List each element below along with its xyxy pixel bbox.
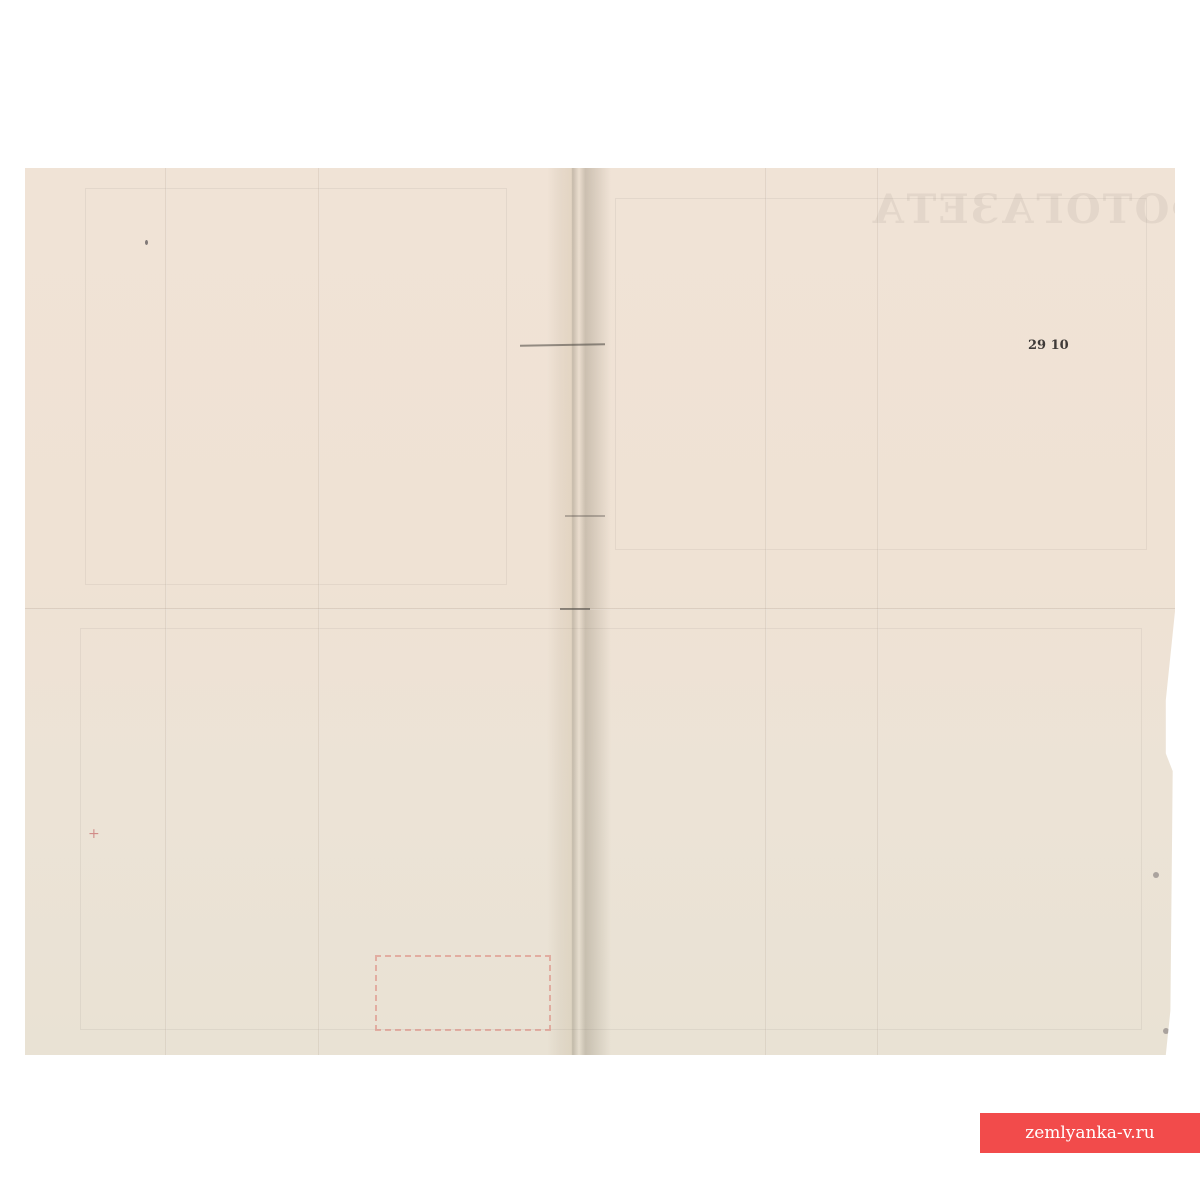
ghost-print-frame-left [85,188,507,585]
watermark-label: zemlyanka-v.ru [980,1113,1200,1153]
ghost-print-frame-right [615,198,1147,550]
handwritten-number: 29 10 [1028,338,1069,353]
vertical-fold-2 [318,168,320,1055]
vertical-fold-1 [165,168,167,1055]
ghost-print-frame-bottom [80,628,1142,1030]
horizontal-fold [25,608,1175,610]
red-stamp-frame [375,955,551,1031]
folded-newspaper-sheet: ФОТОГАЗЕТА [25,168,1175,1055]
ink-speck [145,240,148,245]
vertical-fold-4 [877,168,879,1055]
ink-speck [1153,872,1159,878]
vertical-fold-3 [765,168,767,1055]
tear-crack-fold [560,608,590,610]
tear-crack-mid [565,515,605,517]
ink-speck [1163,1028,1169,1034]
red-cross-mark: + [88,826,100,842]
center-seam [547,168,611,1055]
